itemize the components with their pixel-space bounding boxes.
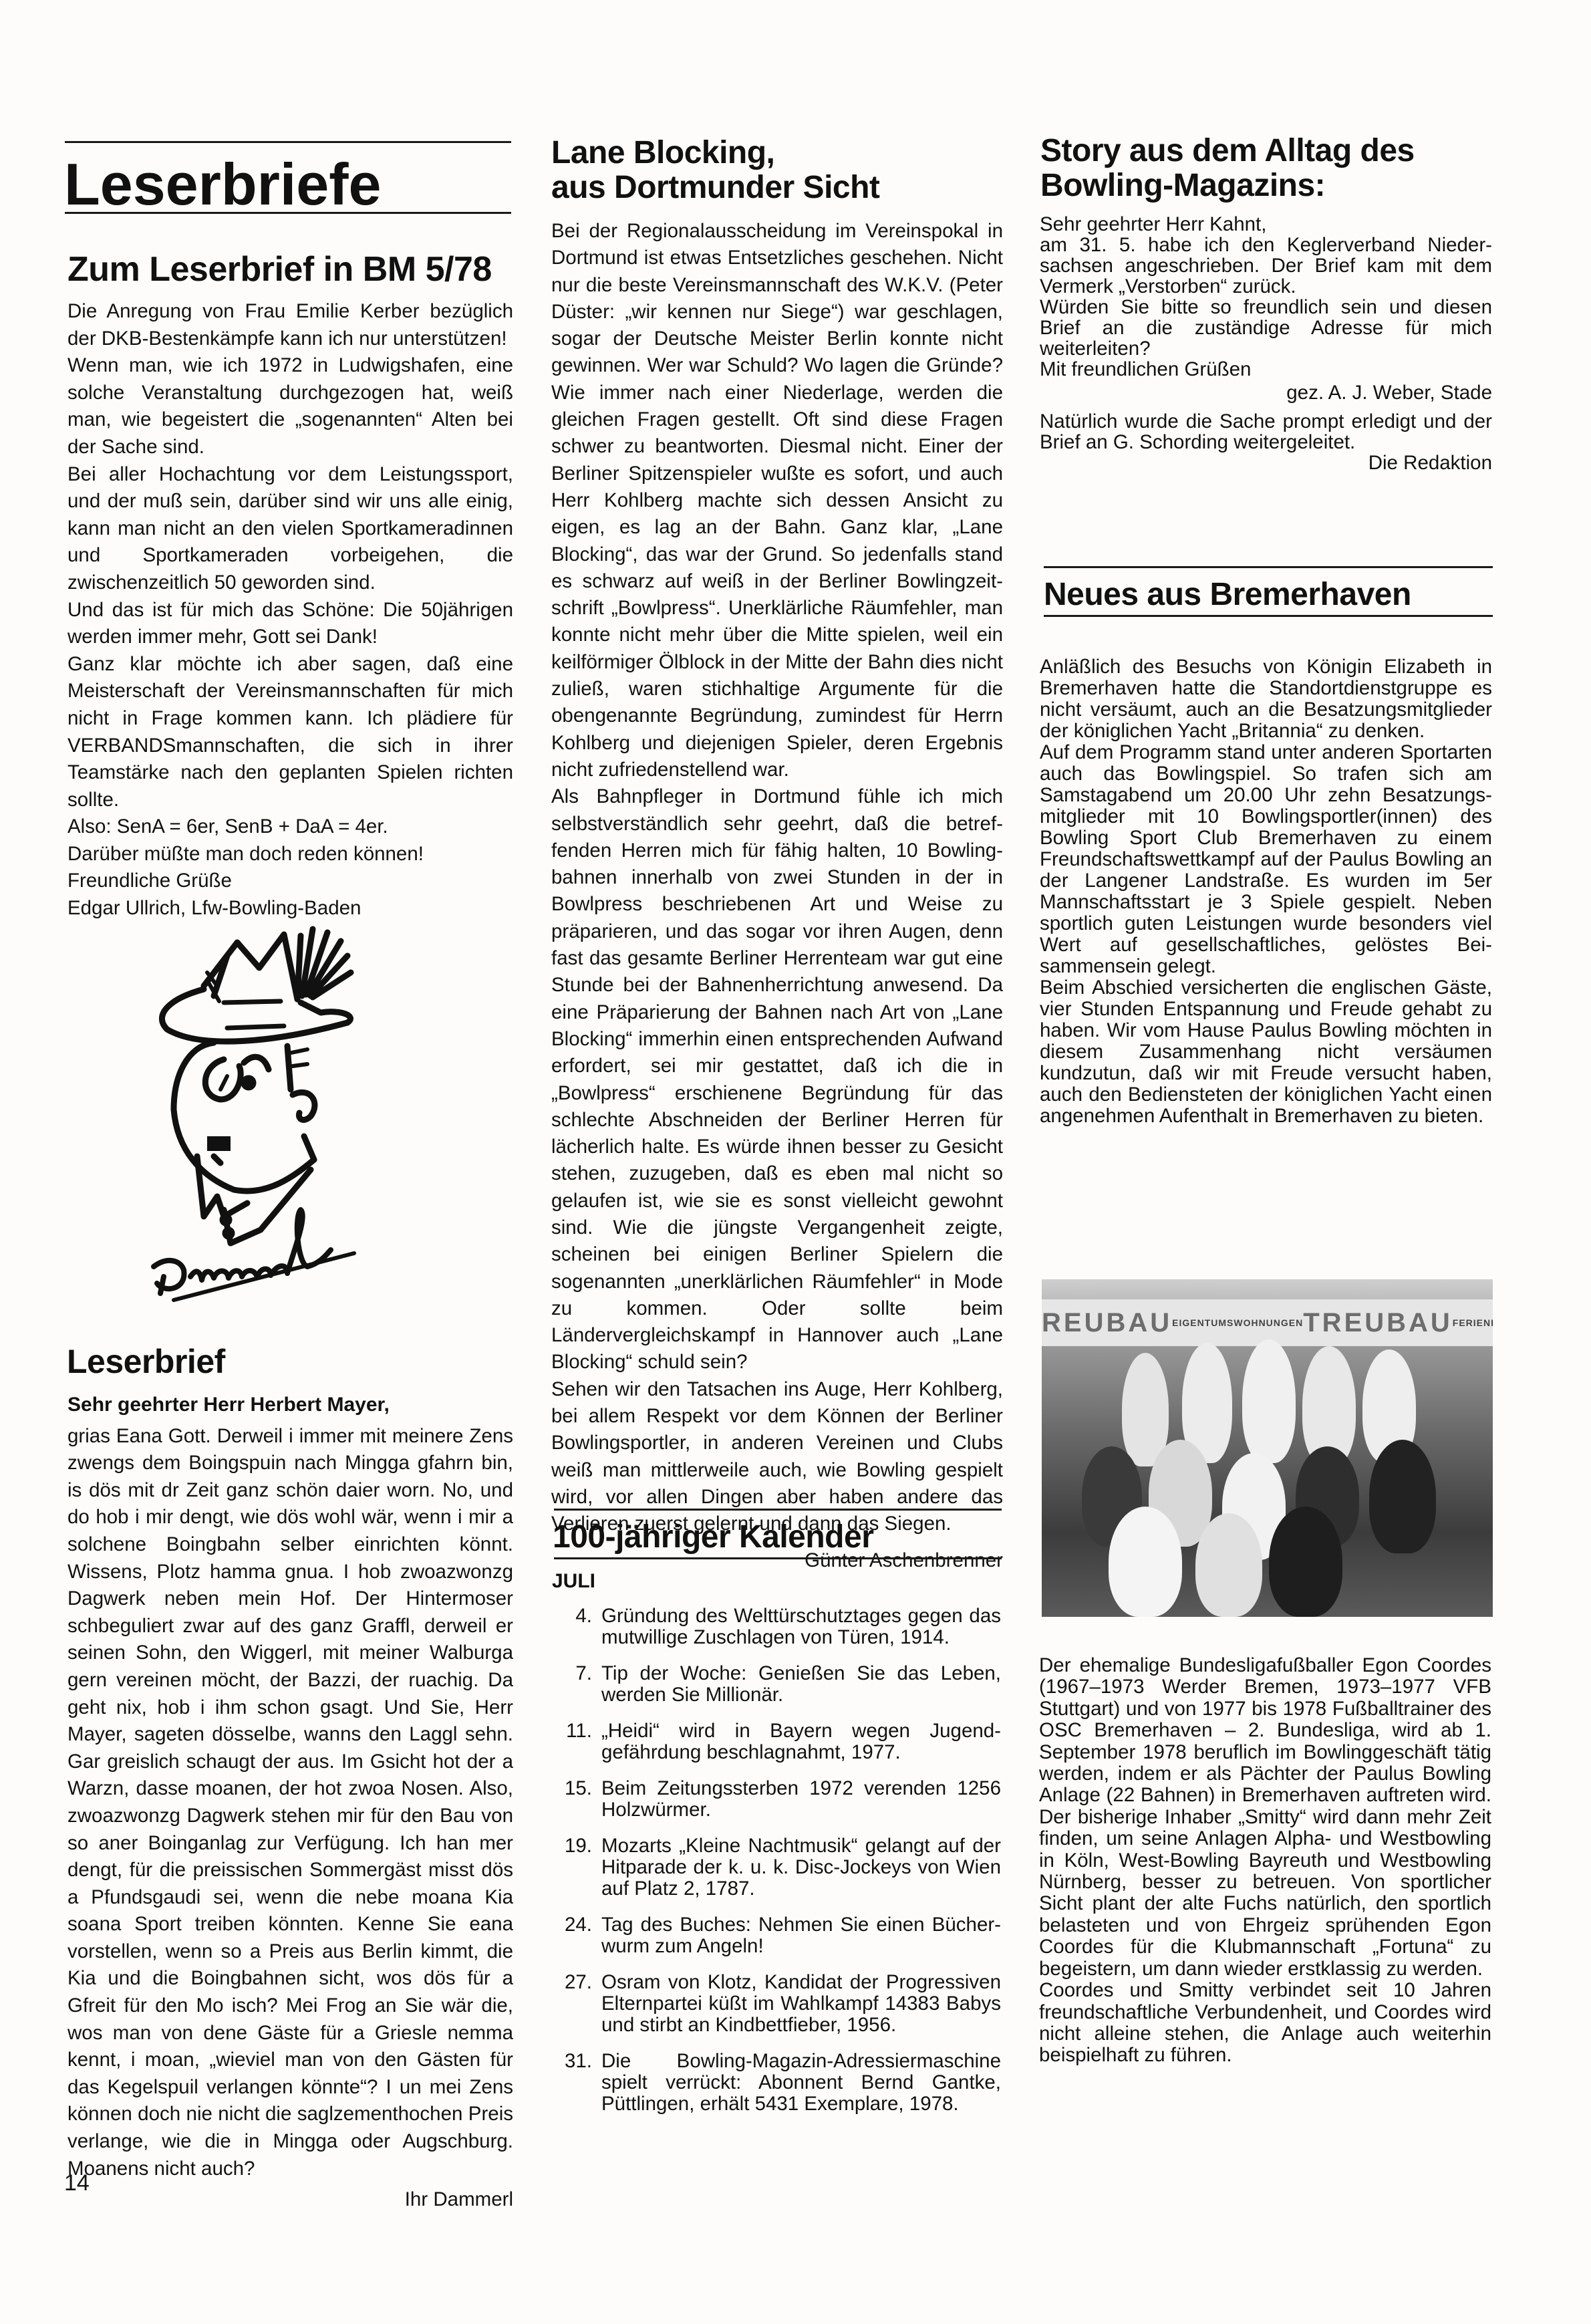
kalender-item: 31.Die Bowling-Magazin-Adressiermaschine… xyxy=(552,2051,1001,2115)
kalender-text: Gründung des Welttürschutztages gegen da… xyxy=(601,1605,1001,1648)
letter2-text: grias Eana Gott. Derweil i immer mit mei… xyxy=(67,1423,513,2183)
kalender-day: 4. xyxy=(552,1605,601,1648)
letter1-title: Zum Leserbrief in BM 5/78 xyxy=(67,251,492,288)
kalender-text: Osram von Klotz, Kandidat der Progressi­… xyxy=(601,1972,1001,2036)
photo-banner-mid: EIGENTUMSWOHNUNGEN xyxy=(1172,1317,1303,1328)
story-title-line1: Story aus dem Alltag des xyxy=(1040,133,1415,168)
kalender-item: 7.Tip der Woche: Genießen Sie das Leben,… xyxy=(552,1663,1001,1706)
letter1-paragraph: Freundliche Grüße xyxy=(67,868,513,895)
letter2-salutation: Sehr geehrter Herr Herbert Mayer, xyxy=(67,1392,513,1419)
bremerhaven-bottom-rule xyxy=(1044,615,1493,617)
story-signature: gez. A. J. Weber, Stade xyxy=(1040,382,1492,403)
photo-banner-right: TREUBAU xyxy=(1303,1308,1453,1338)
photo-banner-far: FERIENH xyxy=(1453,1317,1493,1328)
page-number: 14 xyxy=(64,2170,90,2196)
lane-blocking-title-line2: aus Dortmunder Sicht xyxy=(551,170,879,205)
lane-blocking-title-line1: Lane Blocking, xyxy=(551,135,774,170)
leserbriefe-top-rule xyxy=(65,141,511,143)
story-note: Natürlich wurde die Sache prompt erledig… xyxy=(1040,411,1492,453)
kalender-item: 15.Beim Zeitungssterben 1972 verenden 12… xyxy=(552,1778,1001,1821)
kalender-day: 31. xyxy=(552,2051,601,2115)
photo-person xyxy=(1109,1507,1182,1617)
group-photo-bowling-team: REUBAU EIGENTUMSWOHNUNGEN TREUBAU FERIEN… xyxy=(1042,1279,1493,1617)
letter1-paragraph: Und das ist für mich das Schöne: Die 50j… xyxy=(67,597,513,651)
photo-person xyxy=(1369,1440,1436,1553)
kalender-day: 27. xyxy=(552,1972,601,2036)
kalender-item: 4.Gründung des Welttürschutztages gegen … xyxy=(552,1605,1001,1648)
kalender-list-container: JULI 4.Gründung des Welttürschutztages g… xyxy=(552,1571,1001,2129)
story-note-signature: Die Redaktion xyxy=(1040,453,1492,473)
photo-person xyxy=(1195,1513,1262,1617)
bremerhaven-paragraph: Beim Abschied versicherten die englische… xyxy=(1040,977,1492,1127)
letter2-title: Leserbrief xyxy=(67,1343,225,1380)
kalender-text: Beim Zeitungssterben 1972 verenden 1256 … xyxy=(601,1778,1001,1821)
kalender-text: Die Bowling-Magazin-Adressiermaschine sp… xyxy=(601,2051,1001,2115)
kalender-text: „Heidi“ wird in Bayern wegen Jugend­gefä… xyxy=(601,1720,1001,1763)
kalender-item: 24.Tag des Buches: Nehmen Sie einen Büch… xyxy=(552,1914,1001,1957)
kalender-text: Tip der Woche: Genießen Sie das Leben, w… xyxy=(601,1663,1001,1706)
section-title-leserbriefe: Leserbriefe xyxy=(64,155,381,214)
lane-blocking-title: Lane Blocking, aus Dortmunder Sicht xyxy=(551,136,879,205)
bremerhaven-body: Anläßlich des Besuchs von Königin Elizab… xyxy=(1040,656,1492,1127)
photo-banner-left: REUBAU xyxy=(1042,1308,1172,1338)
kalender-text: Mozarts „Kleine Nachtmusik“ gelangt auf … xyxy=(601,1835,1001,1900)
story-line: am 31. 5. habe ich den Keglerverband Nie… xyxy=(1040,235,1492,297)
kalender-text: Tag des Buches: Nehmen Sie einen Bücher­… xyxy=(601,1914,1001,1957)
kalender-month: JULI xyxy=(552,1571,1001,1592)
photo-person xyxy=(1269,1507,1342,1617)
kalender-day: 19. xyxy=(552,1835,601,1900)
lane-blocking-paragraph: Als Bahnpfleger in Dortmund fühle ich mi… xyxy=(551,783,1003,1376)
bremerhaven-paragraph: Anläßlich des Besuchs von Königin Elizab… xyxy=(1040,656,1492,742)
kalender-item: 27.Osram von Klotz, Kandidat der Progres… xyxy=(552,1972,1001,2036)
coordes-paragraph: Der ehemalige Bundesligafußballer Egon C… xyxy=(1039,1655,1491,1980)
kalender-title: 100-jähriger Kalender xyxy=(553,1519,873,1555)
story-title-line2: Bowling-Magazins: xyxy=(1040,168,1325,203)
letter2-body: Sehr geehrter Herr Herbert Mayer, grias … xyxy=(67,1392,513,2214)
kalender-day: 7. xyxy=(552,1663,601,1706)
lane-blocking-body: Bei der Regionalausscheidung im Vereinsp… xyxy=(551,218,1003,1574)
leserbriefe-bottom-rule xyxy=(65,212,511,214)
story-title: Story aus dem Alltag des Bowling-Magazin… xyxy=(1040,134,1415,203)
photo-person xyxy=(1242,1339,1296,1463)
letter2-signature: Ihr Dammerl xyxy=(67,2186,513,2214)
kalender-list: 4.Gründung des Welttürschutztages gegen … xyxy=(552,1605,1001,2115)
coordes-paragraph: Coordes und Smitty verbindet seit 10 Jah… xyxy=(1039,1980,1491,2067)
story-salutation: Sehr geehrter Herr Kahnt, xyxy=(1040,214,1492,235)
kalender-bottom-rule xyxy=(554,1557,1002,1559)
letter1-body: Die Anregung von Frau Emilie Kerber bezü… xyxy=(67,298,513,922)
letter1-paragraph: Bei aller Hochachtung vor dem Leistungss… xyxy=(67,461,513,597)
kalender-item: 11.„Heidi“ wird in Bayern wegen Jugend­g… xyxy=(552,1720,1001,1763)
story-closing: Mit freundlichen Grüßen xyxy=(1040,359,1492,380)
cartoon-man-with-hat-icon xyxy=(127,916,414,1303)
letter1-paragraph: Darüber müßte man doch reden können! xyxy=(67,841,513,868)
lane-blocking-paragraph: Bei der Regionalausscheidung im Vereinsp… xyxy=(551,218,1003,783)
bremerhaven-top-rule xyxy=(1044,566,1493,568)
kalender-item: 19.Mozarts „Kleine Nachtmusik“ gelangt a… xyxy=(552,1835,1001,1900)
kalender-top-rule xyxy=(554,1509,1002,1511)
lane-blocking-paragraph: Sehen wir den Tatsachen ins Auge, Herr K… xyxy=(551,1376,1003,1538)
coordes-body: Der ehemalige Bundesligafußballer Egon C… xyxy=(1039,1655,1491,2067)
story-body: Sehr geehrter Herr Kahnt, am 31. 5. habe… xyxy=(1040,214,1492,473)
kalender-day: 15. xyxy=(552,1778,601,1821)
letter1-paragraph: Wenn man, wie ich 1972 in Ludwigshafen, … xyxy=(67,352,513,461)
story-line: Würden Sie bitte so freundlich sein und … xyxy=(1040,297,1492,359)
letter1-paragraph: Also: SenA = 6er, SenB + DaA = 4er. xyxy=(67,813,513,841)
kalender-day: 11. xyxy=(552,1720,601,1763)
bremerhaven-paragraph: Auf dem Programm stand unter anderen Spo… xyxy=(1040,742,1492,977)
bremerhaven-title: Neues aus Bremerhaven xyxy=(1044,576,1411,613)
letter1-paragraph: Die Anregung von Frau Emilie Kerber bezü… xyxy=(67,298,513,352)
kalender-day: 24. xyxy=(552,1914,601,1957)
letter1-paragraph: Ganz klar möchte ich aber sagen, daß ein… xyxy=(67,651,513,814)
